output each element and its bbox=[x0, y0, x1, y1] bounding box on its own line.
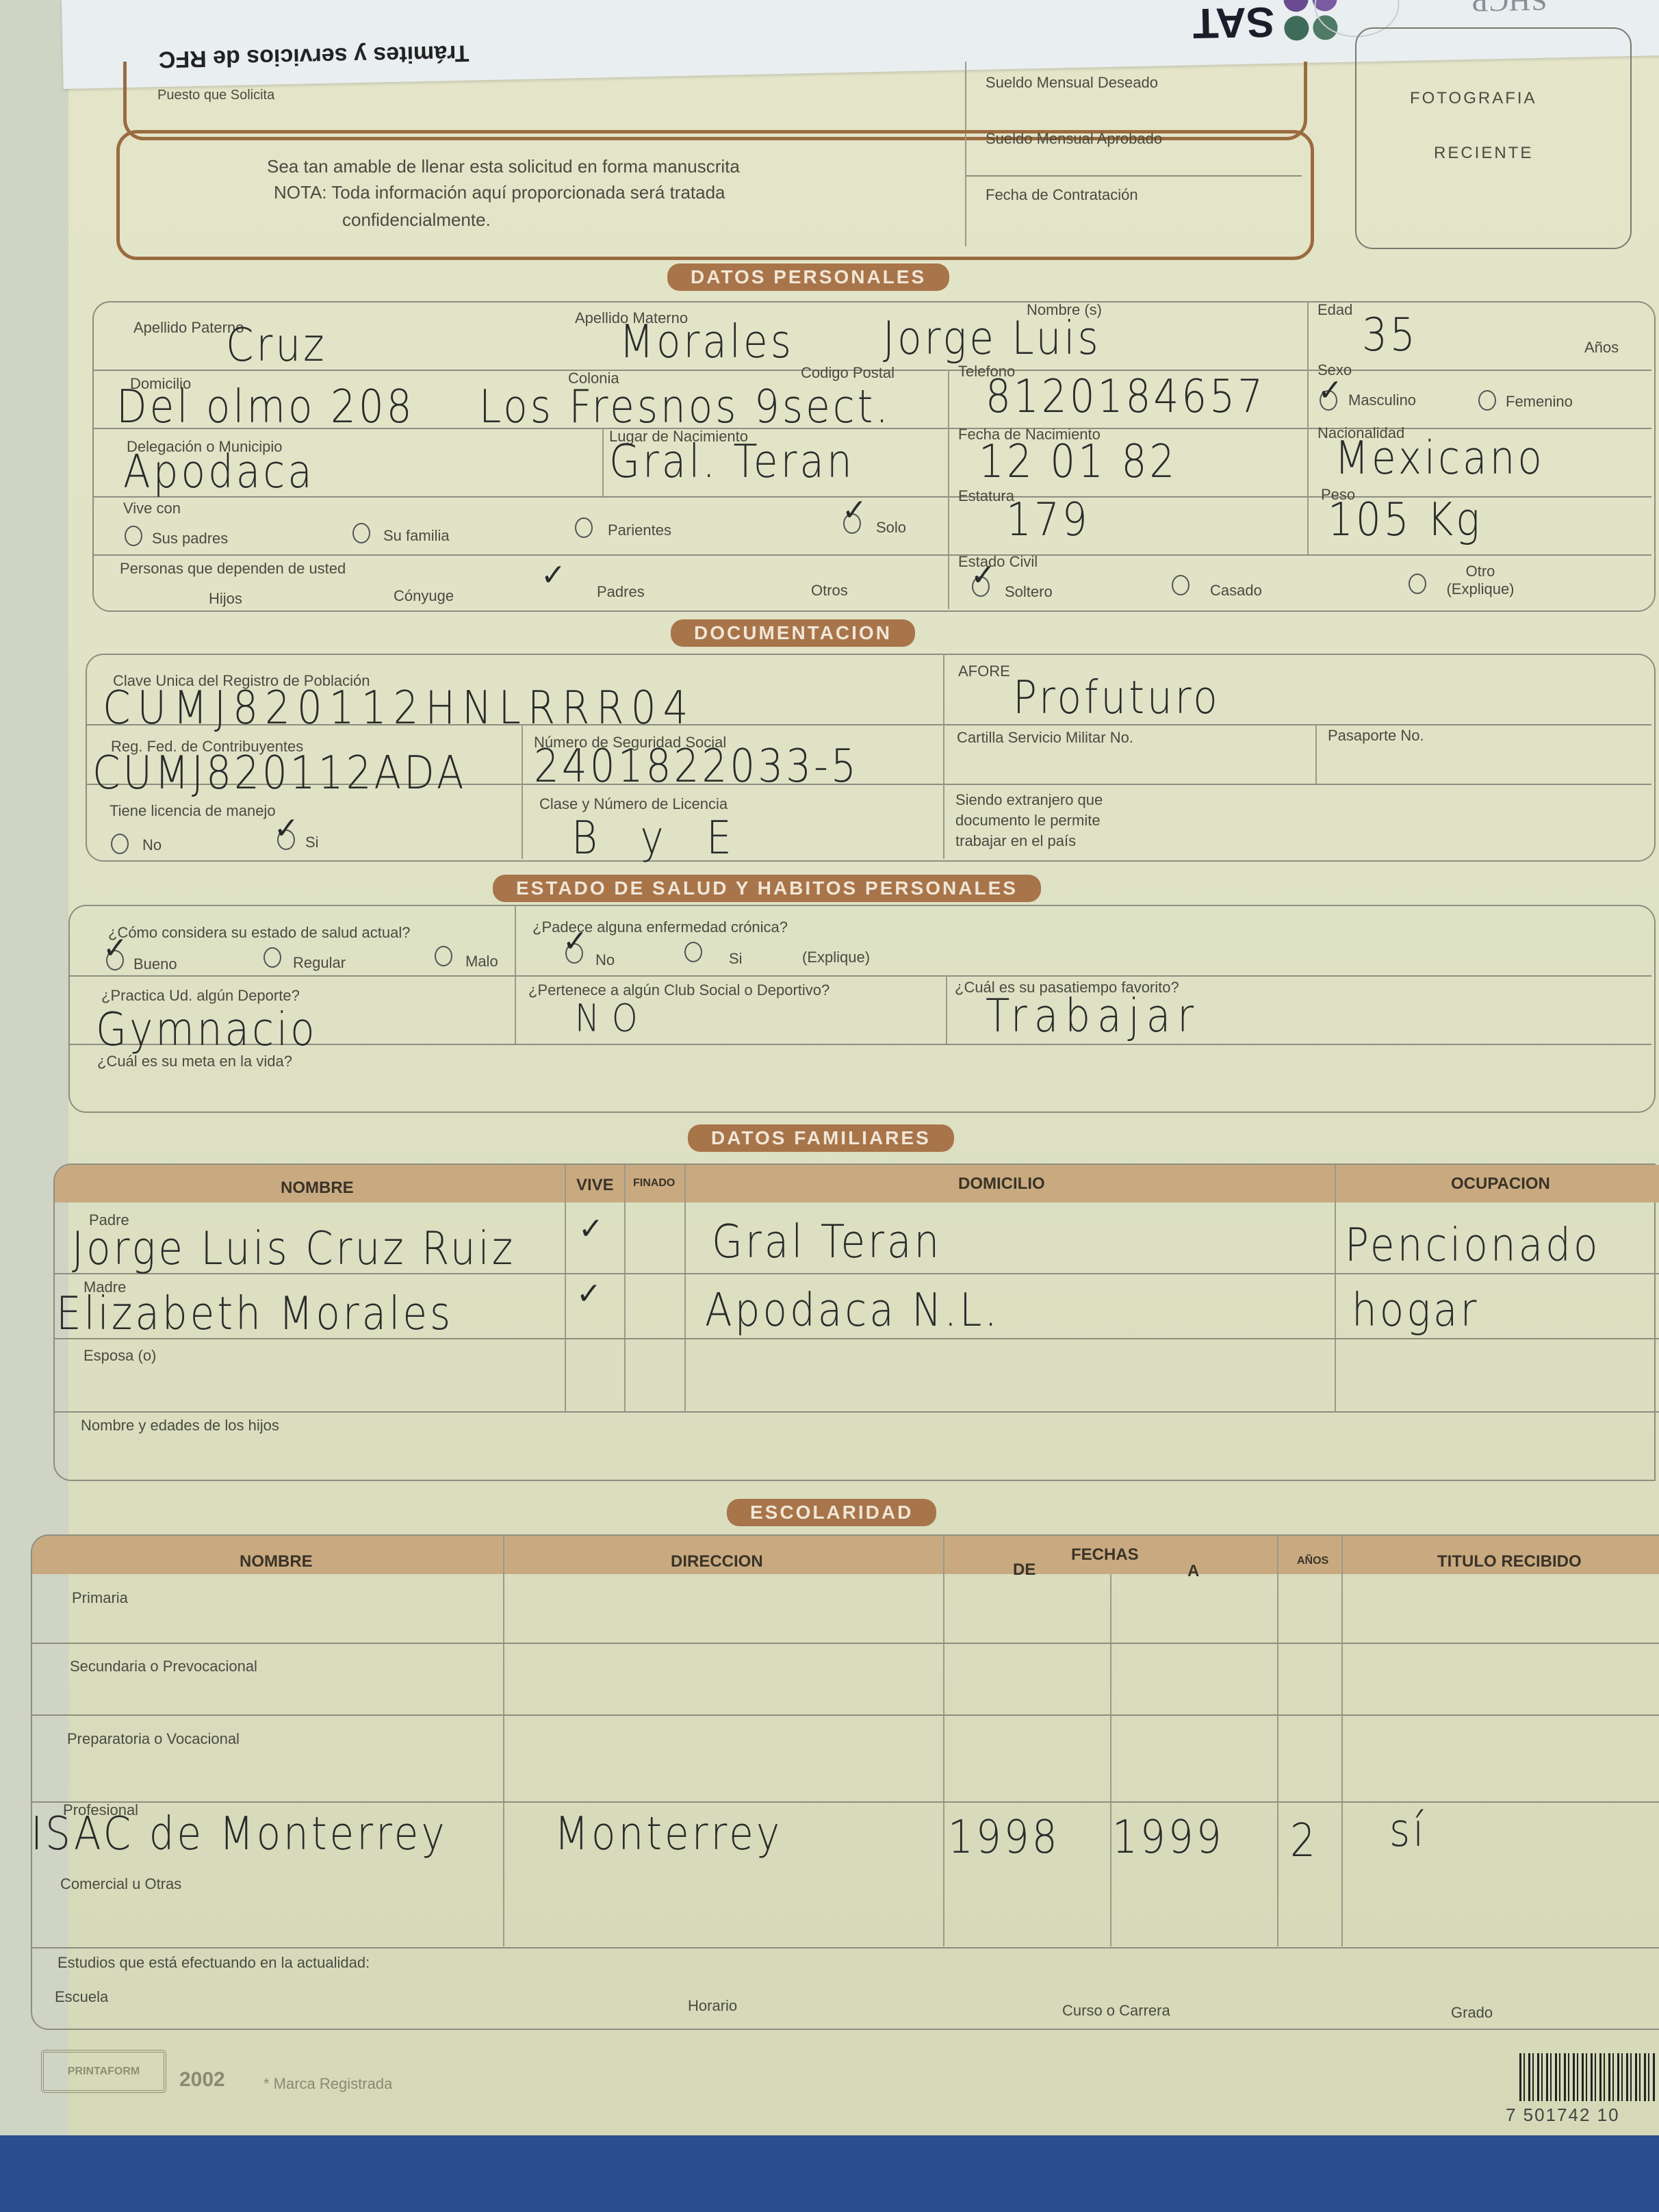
col-header-ocupacion: OCUPACION bbox=[1451, 1174, 1550, 1194]
curp-field[interactable]: CUMJ820112HNLRRR04 bbox=[103, 681, 695, 734]
cronica-explique-label: (Explique) bbox=[802, 949, 870, 966]
salud-option-label: Bueno bbox=[133, 955, 177, 973]
afore-label: AFORE bbox=[958, 663, 1010, 680]
checkmark-icon: ✓ bbox=[541, 558, 566, 593]
dependientes-option-label: Hijos bbox=[209, 590, 242, 608]
lugar-nacimiento-field[interactable]: Gral. Teran bbox=[609, 435, 855, 488]
col-header-anos: AÑOS bbox=[1297, 1555, 1328, 1567]
licencia-option-label: No bbox=[142, 836, 162, 854]
pasatiempo-field[interactable]: Trabajar bbox=[986, 989, 1200, 1042]
salud-malo-radio[interactable] bbox=[435, 946, 452, 966]
pasaporte-label: Pasaporte No. bbox=[1328, 727, 1424, 745]
fecha-contratacion-label: Fecha de Contratación bbox=[986, 186, 1138, 204]
col-header-nombre: NOMBRE bbox=[240, 1552, 313, 1571]
section-title-datos-personales: DATOS PERSONALES bbox=[667, 263, 949, 291]
school-titulo-field[interactable]: sí bbox=[1389, 1803, 1426, 1857]
estado-civil-option-label: Otro (Explique) bbox=[1443, 563, 1518, 598]
vive-su-familia-radio[interactable] bbox=[352, 523, 370, 543]
sueldo-aprobado-label: Sueldo Mensual Aprobado bbox=[986, 130, 1162, 148]
grado-label: Grado bbox=[1451, 2004, 1493, 2022]
checkmark-icon: ✓ bbox=[274, 811, 299, 846]
checkmark-icon: ✓ bbox=[970, 558, 996, 593]
domicilio-field[interactable]: Del olmo 208 bbox=[116, 380, 415, 433]
horario-label: Horario bbox=[688, 1997, 737, 2015]
sat-wordmark: SAT bbox=[1075, 0, 1275, 50]
footer-year: 2002 bbox=[179, 2068, 225, 2092]
school-a-field[interactable]: 1999 bbox=[1112, 1810, 1224, 1864]
table-surface bbox=[0, 2135, 1659, 2212]
extranjero-label: trabajar en el país bbox=[955, 832, 1076, 850]
vive-option-label: Parientes bbox=[608, 522, 671, 539]
familiar-domicilio-field[interactable]: Apodaca N.L. bbox=[705, 1283, 1000, 1337]
rfc-field[interactable]: CUMJ820112ADA bbox=[92, 746, 467, 799]
col-header-nombre: NOMBRE bbox=[281, 1179, 354, 1198]
escuela-label: Escuela bbox=[55, 1988, 108, 2006]
vive-parientes-radio[interactable] bbox=[575, 517, 593, 538]
club-label: ¿Pertenece a algún Club Social o Deporti… bbox=[528, 981, 830, 999]
school-level-label: Secundaria o Prevocacional bbox=[70, 1658, 257, 1675]
otro-radio[interactable] bbox=[1409, 574, 1426, 594]
school-nombre-field[interactable]: ISAC de Monterrey bbox=[31, 1807, 448, 1860]
estado-civil-option-label: Soltero bbox=[1005, 583, 1053, 601]
cronica-option-label: Si bbox=[729, 950, 743, 968]
casado-radio[interactable] bbox=[1172, 575, 1189, 595]
licencia-option-label: Si bbox=[305, 834, 319, 851]
shcp-logo: SHCP bbox=[1471, 0, 1547, 19]
col-header-vive: VIVE bbox=[576, 1176, 614, 1195]
dependientes-option-label: Cónyuge bbox=[394, 587, 454, 605]
footer-trademark: * Marca Registrada bbox=[263, 2075, 392, 2093]
section-title-familiares: DATOS FAMILIARES bbox=[688, 1124, 954, 1152]
estado-civil-option-label: Casado bbox=[1210, 582, 1262, 600]
col-header-titulo: TITULO RECIBIDO bbox=[1437, 1552, 1582, 1571]
instructions-note: NOTA: Toda información aquí proporcionad… bbox=[274, 182, 725, 203]
edad-label: Edad bbox=[1317, 301, 1352, 319]
peso-field[interactable]: 105 Kg bbox=[1328, 493, 1482, 546]
femenino-label: Femenino bbox=[1506, 393, 1573, 411]
telefono-field[interactable]: 8120184657 bbox=[986, 370, 1265, 423]
extranjero-label: documento le permite bbox=[955, 812, 1101, 830]
col-header-direccion: DIRECCION bbox=[671, 1552, 763, 1571]
relation-label: Esposa (o) bbox=[83, 1347, 156, 1365]
masculino-label: Masculino bbox=[1348, 391, 1416, 409]
checkmark-icon: ✓ bbox=[563, 924, 588, 959]
checkmark-icon: ✓ bbox=[1317, 373, 1343, 408]
section-title-salud: ESTADO DE SALUD Y HABITOS PERSONALES bbox=[493, 875, 1041, 902]
school-anos-field[interactable]: 2 bbox=[1290, 1814, 1318, 1867]
vive-option-label: Su familia bbox=[383, 527, 450, 545]
anos-label: Años bbox=[1584, 339, 1619, 357]
col-header-finado: FINADO bbox=[633, 1177, 675, 1189]
estado-salud-label: ¿Cómo considera su estado de salud actua… bbox=[108, 924, 410, 942]
vive-option-label: Solo bbox=[876, 519, 906, 537]
col-header-de: DE bbox=[1013, 1560, 1036, 1580]
extranjero-label: Siendo extranjero que bbox=[955, 791, 1103, 809]
colonia-field[interactable]: Los Fresnos 9sect. bbox=[479, 380, 891, 433]
col-header-domicilio: DOMICILIO bbox=[958, 1174, 1045, 1194]
instructions-note-2: confidencialmente. bbox=[342, 209, 491, 231]
sat-logo: SAT Servicio de Administración Tributari… bbox=[1075, 0, 1338, 50]
familiar-ocupacion-field[interactable]: hogar bbox=[1352, 1283, 1479, 1337]
estatura-field[interactable]: 179 bbox=[1006, 493, 1090, 546]
dependientes-option-label: Padres bbox=[597, 583, 645, 601]
sueldo-deseado-label: Sueldo Mensual Deseado bbox=[986, 74, 1158, 92]
school-level-label: Comercial u Otras bbox=[60, 1875, 181, 1893]
salud-regular-radio[interactable] bbox=[263, 947, 281, 968]
checkmark-icon: ✓ bbox=[842, 493, 867, 528]
school-direccion-field[interactable]: Monterrey bbox=[554, 1807, 782, 1860]
vive-option-label: Sus padres bbox=[152, 530, 228, 548]
puesto-label: Puesto que Solicita bbox=[157, 88, 274, 103]
hijos-label: Nombre y edades de los hijos bbox=[81, 1417, 279, 1435]
clase-licencia-field[interactable]: B y E bbox=[571, 811, 747, 864]
familiar-nombre-field[interactable]: Jorge Luis Cruz Ruiz bbox=[72, 1222, 515, 1275]
col-header-a: A bbox=[1187, 1562, 1199, 1581]
dependientes-label: Personas que dependen de usted bbox=[120, 560, 346, 578]
school-level-label: Primaria bbox=[72, 1589, 128, 1607]
school-level-label: Preparatoria o Vocacional bbox=[67, 1730, 240, 1748]
codigo-postal-label: Codigo Postal bbox=[801, 364, 895, 382]
salud-option-label: Regular bbox=[293, 954, 346, 972]
deporte-field[interactable]: Gymnacio bbox=[96, 1003, 318, 1056]
estudios-actuales-label: Estudios que está efectuando en la actua… bbox=[57, 1954, 370, 1972]
nss-field[interactable]: 2401822033-5 bbox=[534, 739, 859, 793]
cronica-si-radio[interactable] bbox=[684, 942, 702, 962]
school-de-field[interactable]: 1998 bbox=[948, 1810, 1060, 1864]
cronica-option-label: No bbox=[595, 951, 615, 969]
club-field[interactable]: NO bbox=[575, 996, 650, 1040]
edad-field[interactable]: 35 bbox=[1362, 308, 1418, 361]
familiar-domicilio-field[interactable]: Gral Teran bbox=[712, 1215, 942, 1268]
meta-label: ¿Cuál es su meta en la vida? bbox=[97, 1053, 292, 1070]
salud-option-label: Malo bbox=[465, 953, 498, 970]
afore-field[interactable]: Profuturo bbox=[1013, 671, 1220, 724]
fecha-nacimiento-field[interactable]: 12 01 82 bbox=[979, 435, 1177, 488]
apellido-paterno-field[interactable]: Cruz bbox=[226, 318, 327, 372]
curso-label: Curso o Carrera bbox=[1062, 2002, 1170, 2020]
vive-con-label: Vive con bbox=[123, 500, 181, 517]
printaform-logo: PRINTAFORM bbox=[41, 2050, 166, 2093]
dependientes-option-label: Otros bbox=[811, 582, 848, 600]
vive-checkmark-icon[interactable]: ✓ bbox=[578, 1211, 604, 1246]
familiar-ocupacion-field[interactable]: Pencionado bbox=[1345, 1218, 1600, 1272]
instructions-text: Sea tan amable de llenar esta solicitud … bbox=[267, 156, 740, 177]
licencia-label: Tiene licencia de manejo bbox=[110, 802, 276, 820]
municipio-field[interactable]: Apodaca bbox=[123, 445, 315, 498]
col-header-fechas: FECHAS bbox=[1071, 1545, 1139, 1565]
barcode-icon bbox=[1519, 2053, 1656, 2101]
cartilla-label: Cartilla Servicio Militar No. bbox=[957, 729, 1133, 747]
familiar-nombre-field[interactable]: Elizabeth Morales bbox=[56, 1287, 453, 1340]
vive-checkmark-icon[interactable]: ✓ bbox=[576, 1276, 602, 1311]
vive-sus-padres-radio[interactable] bbox=[125, 526, 142, 546]
nacionalidad-field[interactable]: Mexicano bbox=[1335, 431, 1545, 485]
apellido-materno-field[interactable]: Morales bbox=[619, 315, 794, 368]
nombres-field[interactable]: Jorge Luis bbox=[883, 311, 1101, 365]
licencia-no-radio[interactable] bbox=[111, 834, 129, 854]
sexo-femenino-radio[interactable] bbox=[1478, 390, 1496, 411]
barcode-digits: 7 501742 10 bbox=[1506, 2105, 1620, 2126]
section-title-documentacion: DOCUMENTACION bbox=[671, 619, 915, 647]
section-title-escolaridad: ESCOLARIDAD bbox=[727, 1499, 936, 1526]
photo-box bbox=[1355, 27, 1632, 249]
checkmark-icon: ✓ bbox=[103, 931, 128, 966]
photo-label: FOTOGRAFIA bbox=[1410, 89, 1537, 108]
photo-label-2: RECIENTE bbox=[1434, 144, 1533, 163]
